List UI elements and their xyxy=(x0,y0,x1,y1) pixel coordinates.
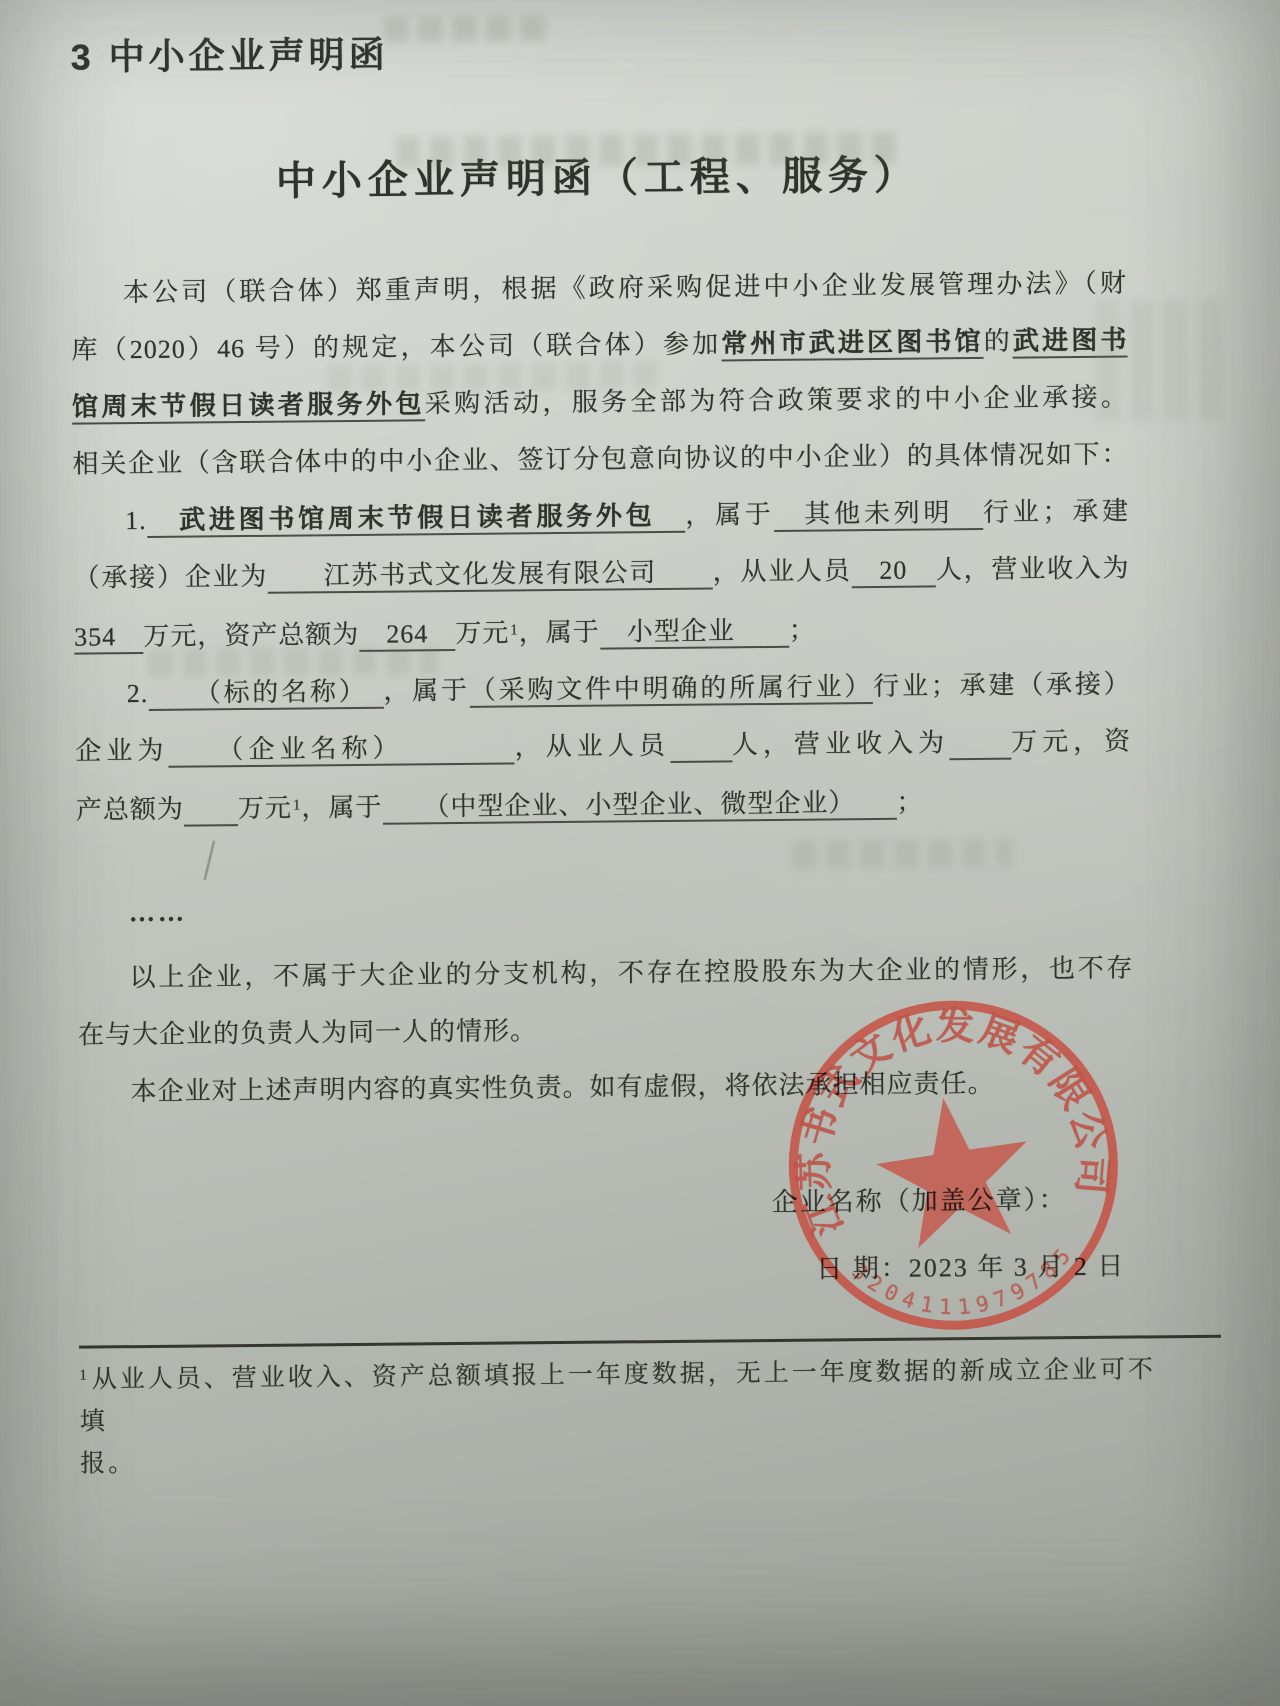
document-title: 中小企业声明函（工程、服务） xyxy=(70,142,1126,209)
text-segment: 相关企业（含联合体中的中小企业、签订分包意向协议的中小企业）的具体情况如下： xyxy=(72,440,1128,479)
text-segment: 企业为 xyxy=(75,736,168,766)
seal-star-icon xyxy=(868,1087,1040,1253)
text-segment: 库（2020）46 号）的规定，本公司（联合体）参加 xyxy=(71,329,721,364)
text-segment: 人，营业收入为 xyxy=(732,728,949,759)
footnote-line1: 从业人员、营业收入、资产总额填报上一年度数据，无上一年度数据的新成立企业可不填 xyxy=(80,1356,1156,1435)
filled-blank-field: 武进图书馆周末节假日读者服务外包 xyxy=(146,501,685,538)
text-line: 1. 武进图书馆周末节假日读者服务外包 ，属于 其他未列明 行业；承建 xyxy=(73,483,1129,550)
document-content: 3 中小企业声明函 中小企业声明函（工程、服务） 本公司（联合体）郑重声明，根据… xyxy=(0,0,1280,1706)
text-segment: 万元 xyxy=(238,794,292,824)
text-line: 库（2020）46 号）的规定，本公司（联合体）参加常州市武进区图书馆的武进图书 xyxy=(71,312,1127,379)
footnote-text: 1从业人员、营业收入、资产总额填报上一年度数据，无上一年度数据的新成立企业可不填… xyxy=(79,1344,1180,1486)
filled-blank-field: （企业名称） xyxy=(168,732,515,767)
text-line: （承接）企业为 江苏书式文化发展有限公司 ，从业人员 20 人，营业收入为 xyxy=(73,540,1129,607)
filled-blank-field: （标的名称） xyxy=(148,677,383,711)
text-line: 2. （标的名称） ，属于（采购文件中明确的所属行业）行业；承建（承接） xyxy=(75,656,1131,723)
text-segment: 万元，资 xyxy=(1011,727,1131,757)
text-line: 相关企业（含联合体中的中小企业、签订分包意向协议的中小企业）的具体情况如下： xyxy=(72,426,1128,493)
filled-blank-field xyxy=(949,728,1011,761)
filled-blank-field xyxy=(184,794,238,827)
text-segment: …… xyxy=(129,898,187,928)
footnote-line2: 报。 xyxy=(80,1433,1180,1486)
text-line: 产总额为 万元1，属于 （中型企业、小型企业、微型企业） ； xyxy=(76,770,1133,839)
company-seal-stamp: 江苏书式文化发展有限公司 3204111979785 xyxy=(749,960,1159,1370)
text-line: 本公司（联合体）郑重声明，根据《政府采购促进中小企业发展管理办法》（财 xyxy=(71,255,1127,322)
text-segment: 2. xyxy=(127,679,149,708)
filled-blank-field: （中型企业、小型企业、微型企业） xyxy=(382,788,896,825)
section-heading: 3 中小企业声明函 xyxy=(70,27,389,81)
text-segment: 产总额为 xyxy=(76,795,184,825)
filled-blank-field: 常州市武进区图书馆 xyxy=(721,327,984,362)
text-line: …… xyxy=(77,875,1133,942)
text-segment: 万元，资产总额为 xyxy=(143,620,359,651)
filled-blank-field: 264 xyxy=(359,619,455,652)
filled-blank-field: 馆周末节假日读者服务外包 xyxy=(72,389,425,424)
text-segment: 采购活动，服务全部为符合政策要求的中小企业承接。 xyxy=(425,383,1128,419)
text-segment: 1. xyxy=(125,506,147,535)
paper-sheet: 3 中小企业声明函 中小企业声明函（工程、服务） 本公司（联合体）郑重声明，根据… xyxy=(0,0,1280,1706)
text-segment: ，从业人员 xyxy=(515,731,670,761)
text-segment: 在与大企业的负责人为同一人的情形。 xyxy=(78,1016,537,1049)
text-segment: ； xyxy=(789,616,816,645)
text-segment: 1 xyxy=(293,797,302,813)
text-segment: ，属于 xyxy=(519,618,600,648)
footnote: 1从业人员、营业收入、资产总额填报上一年度数据，无上一年度数据的新成立企业可不填… xyxy=(79,1335,1222,1486)
text-segment: ，属于 xyxy=(685,500,775,530)
text-segment: 人，营业收入为 xyxy=(936,554,1130,585)
text-segment: 万元 xyxy=(455,618,509,648)
text-line: 354 万元，资产总额为 264 万元1，属于 小型企业 ； xyxy=(74,597,1131,666)
filled-blank-field: （采购文件中明确的所属行业） xyxy=(470,672,874,708)
seal-serial-number: 3204111979785 xyxy=(845,1227,1086,1336)
text-segment: 本公司（联合体）郑重声明，根据《政府采购促进中小企业发展管理办法》（财 xyxy=(123,269,1127,308)
filled-blank-field xyxy=(670,730,732,763)
text-segment: ，从业人员 xyxy=(712,556,851,586)
text-segment: ，属于 xyxy=(383,676,470,706)
text-line: 企业为 （企业名称） ，从业人员 人，营业收入为 万元，资 xyxy=(75,713,1131,780)
text-segment: ，属于 xyxy=(301,793,382,823)
text-segment: 的 xyxy=(984,327,1013,356)
footnote-marker: 1 xyxy=(79,1368,90,1384)
text-line: 馆周末节假日读者服务外包采购活动，服务全部为符合政策要求的中小企业承接。 xyxy=(72,369,1128,436)
filled-blank-field: 354 xyxy=(74,622,143,655)
filled-blank-field: 20 xyxy=(851,555,936,588)
filled-blank-field: 小型企业 xyxy=(600,616,789,650)
filled-blank-field: 江苏书式文化发展有限公司 xyxy=(268,558,713,594)
text-segment: 行业；承建 xyxy=(983,497,1129,527)
bleed-through-artifact xyxy=(384,15,554,43)
text-segment: （承接）企业为 xyxy=(74,562,269,593)
filled-blank-field: 其他未列明 xyxy=(774,498,983,532)
text-segment: ； xyxy=(896,788,923,817)
text-segment: 行业；承建（承接） xyxy=(873,670,1131,701)
text-segment: 1 xyxy=(510,622,519,638)
filled-blank-field: 武进图书 xyxy=(1013,326,1128,359)
